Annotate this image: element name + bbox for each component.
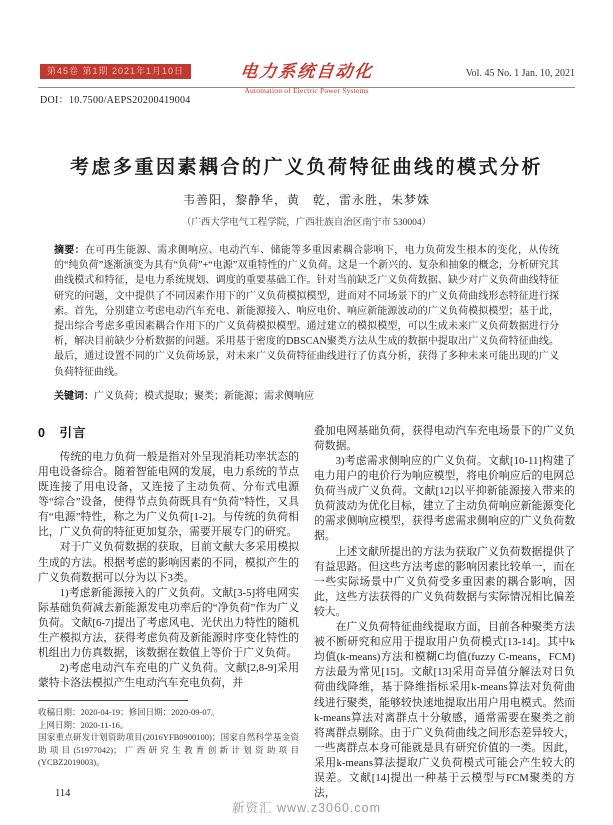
body-paragraph: 3)考虑需求侧响应的广义负荷。文献[10-11]构建了电力用户的电价行为响应模型…	[314, 454, 575, 545]
abstract-block: 摘要：在可再生能源、需求侧响应、电动汽车、储能等多重因素耦合影响下，电力负荷发生…	[54, 243, 559, 380]
body-paragraph: 传统的电力负荷一般是指对外呈现消耗功率状态的用电设备综合。随着智能电网的发展，电…	[38, 450, 299, 541]
body-paragraph: 对于广义负荷数据的获取，目前文献大多采用模拟生成的方法。根据考虑的影响因素的不同…	[38, 540, 299, 585]
authors-line: 韦善阳，黎静华，黄 乾，雷永胜，朱梦姝	[0, 191, 613, 208]
paper-title: 考虑多重因素耦合的广义负荷特征曲线的模式分析	[40, 152, 573, 179]
footnote-received-dates: 收稿日期：2020-04-19；修回日期：2020-09-07。	[38, 706, 299, 719]
body-paragraph: 1)考虑新能源接入的广义负荷。文献[3-5]将电网实际基础负荷减去新能源发电功率…	[38, 586, 299, 661]
body-paragraph: 上述文献所提出的方法为获取广义负荷数据提供了有益思路。但这些方法考虑的影响因素比…	[314, 545, 575, 620]
body-paragraph: 在广义负荷特征曲线提取方面，目前各种聚类方法被不断研究和应用于提取用户负荷模式[…	[314, 620, 575, 801]
footnote-funding: 国家重点研发计划资助项目(2016YFB0900100)；国家自然科学基金资助项…	[38, 731, 299, 769]
page-header: 第45卷 第1期 2021年1月10日 DOI：10.7500/AEPS2020…	[38, 62, 575, 112]
keywords-label: 关键词：	[54, 391, 94, 402]
footnote-block: 收稿日期：2020-04-19；修回日期：2020-09-07。 上网日期：20…	[38, 700, 299, 769]
affiliation-line: （广西大学电气工程学院，广西壮族自治区南宁市 530004）	[0, 214, 613, 228]
abstract-text: 在可再生能源、需求侧响应、电动汽车、储能等多重因素耦合影响下，电力负荷发生根本的…	[54, 245, 559, 378]
journal-page: 第45卷 第1期 2021年1月10日 DOI：10.7500/AEPS2020…	[0, 0, 613, 825]
section-heading-intro: 0 引言	[38, 426, 299, 441]
footnote-rule	[38, 700, 188, 701]
keywords-text: 广义负荷；模式提取；聚类；新能源；需求侧响应	[94, 391, 314, 402]
right-column: 叠加电网基础负荷，获得电动汽车充电场景下的广义负荷数据。 3)考虑需求侧响应的广…	[314, 424, 575, 801]
abstract-label: 摘要：	[54, 245, 85, 256]
body-paragraph: 叠加电网基础负荷，获得电动汽车充电场景下的广义负荷数据。	[314, 424, 575, 454]
body-columns: 0 引言 传统的电力负荷一般是指对外呈现消耗功率状态的用电设备综合。随着智能电网…	[38, 424, 575, 801]
doi-text: DOI：10.7500/AEPS20200419004	[40, 91, 191, 106]
volume-info: Vol. 45 No. 1 Jan. 10, 2021	[466, 68, 575, 79]
keywords-block: 关键词：广义负荷；模式提取；聚类；新能源；需求侧响应	[54, 389, 559, 404]
journal-logo: 电力系统自动化	[196, 62, 418, 81]
journal-issue-badge: 第45卷 第1期 2021年1月10日	[40, 64, 191, 79]
header-rule	[38, 87, 575, 88]
footnote-online-date: 上网日期：2020-11-16。	[38, 719, 299, 732]
left-column: 0 引言 传统的电力负荷一般是指对外呈现消耗功率状态的用电设备综合。随着智能电网…	[38, 424, 299, 801]
body-paragraph: 2)考虑电动汽车充电的广义负荷。文献[2,8-9]采用蒙特卡洛法模拟产生电动汽车…	[38, 661, 299, 691]
watermark: 新资汇 www.z3060.com	[0, 798, 613, 816]
journal-logo-block: 电力系统自动化 Automation of Electric Power Sys…	[197, 62, 417, 95]
